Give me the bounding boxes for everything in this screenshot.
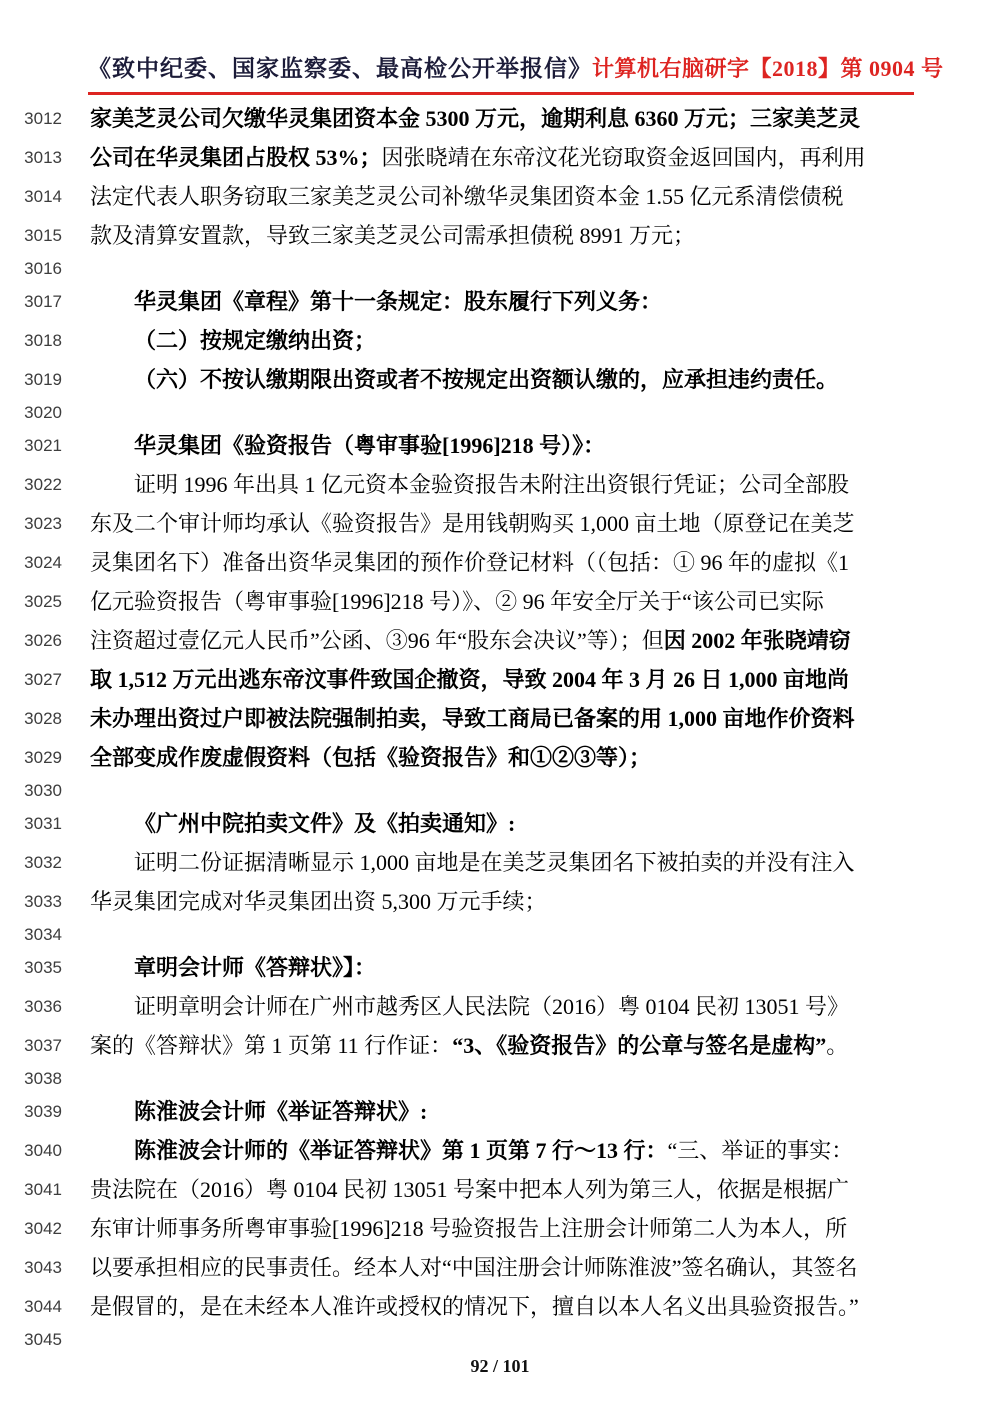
line-number: 3021	[0, 437, 62, 454]
document-line: 3015款及清算安置款，导致三家美芝灵公司需承担债税 8991 万元；	[0, 216, 1000, 255]
text-segment: 陈淮波会计师的《举证答辩状》第 1 页第 7 行～13 行：	[134, 1138, 668, 1163]
document-line: 3023东及二个审计师均承认《验资报告》是用钱朝购买 1,000 亩土地（原登记…	[0, 504, 1000, 543]
document-line: 3042东审计师事务所粤审事验[1996]218 号验资报告上注册会计师第二人为…	[0, 1209, 1000, 1248]
line-number: 3038	[0, 1070, 62, 1087]
document-line: 3030	[0, 777, 1000, 804]
text-segment: 章明会计师《答辩状》】：	[134, 955, 376, 980]
document-line: 3039陈淮波会计师《举证答辩状》:	[0, 1092, 1000, 1131]
line-text: 亿元验资报告（粤审事验[1996]218 号）》、② 96 年安全厅关于“该公司…	[90, 591, 824, 613]
line-number: 3041	[0, 1181, 62, 1198]
document-number: 计算机右脑研字【2018】第 0904 号	[592, 52, 944, 83]
text-segment: 因张晓靖在东帝汶花光窃取资金返回国内，再利用	[382, 145, 866, 170]
document-line: 3013公司在华灵集团占股权 53%；因张晓靖在东帝汶花光窃取资金返回国内，再利…	[0, 138, 1000, 177]
line-text: 华灵集团《章程》第十一条规定：股东履行下列义务：	[90, 291, 662, 313]
document-line: 3018（二）按规定缴纳出资；	[0, 321, 1000, 360]
document-line: 3024灵集团名下）准备出资华灵集团的预作价登记材料（（包括：① 96 年的虚拟…	[0, 543, 1000, 582]
line-number: 3020	[0, 404, 62, 421]
text-segment: 华灵集团完成对华灵集团出资 5,300 万元手续；	[90, 889, 547, 914]
document-line: 3021华灵集团《验资报告（粤审事验[1996]218 号）》：	[0, 426, 1000, 465]
document-line: 3032证明二份证据清晰显示 1,000 亩地是在美芝灵集团名下被拍卖的并没有注…	[0, 843, 1000, 882]
document-page: 《致中纪委、国家监察委、最高检公开举报信》 计算机右脑研字【2018】第 090…	[0, 0, 1000, 1413]
document-line: 3029全部变成作废虚假资料（包括《验资报告》和①②③等）；	[0, 738, 1000, 777]
document-line: 3040陈淮波会计师的《举证答辩状》第 1 页第 7 行～13 行：“三、举证的…	[0, 1131, 1000, 1170]
text-segment: 未办理出资过户即被法院强制拍卖，导致工商局已备案的用 1,000 亩地作价资料	[90, 706, 855, 731]
line-number: 3015	[0, 227, 62, 244]
line-text: （六）不按认缴期限出资或者不按规定出资额认缴的，应承担违约责任。	[90, 369, 838, 391]
text-segment: 款及清算安置款，导致三家美芝灵公司需承担债税 8991 万元；	[90, 223, 695, 248]
line-text: 案的《答辩状》第 1 页第 11 行作证：“3、《验资报告》的公章与签名是虚构”…	[90, 1035, 848, 1057]
document-line: 3027取 1,512 万元出逃东帝汶事件致国企撤资，导致 2004 年 3 月…	[0, 660, 1000, 699]
text-segment: 全部变成作废虚假资料（包括《验资报告》和①②③等）；	[90, 745, 651, 770]
numbered-lines-container: 3012家美芝灵公司欠缴华灵集团资本金 5300 万元，逾期利息 6360 万元…	[0, 99, 1000, 1353]
document-line: 3016	[0, 255, 1000, 282]
text-segment: 取 1,512 万元出逃东帝汶事件致国企撤资，导致 2004 年 3 月 26 …	[90, 667, 849, 692]
text-segment: 亿元验资报告（粤审事验[1996]218 号）》、② 96 年安全厅关于“该公司…	[90, 589, 824, 614]
page-header: 《致中纪委、国家监察委、最高检公开举报信》 计算机右脑研字【2018】第 090…	[88, 50, 914, 95]
line-text: 陈淮波会计师的《举证答辩状》第 1 页第 7 行～13 行：“三、举证的事实：	[90, 1140, 853, 1162]
document-line: 3019（六）不按认缴期限出资或者不按规定出资额认缴的，应承担违约责任。	[0, 360, 1000, 399]
text-segment: 证明二份证据清晰显示 1,000 亩地是在美芝灵集团名下被拍卖的并没有注入	[134, 850, 855, 875]
line-number: 3040	[0, 1142, 62, 1159]
line-text: 全部变成作废虚假资料（包括《验资报告》和①②③等）；	[90, 747, 651, 769]
line-text: 华灵集团《验资报告（粤审事验[1996]218 号）》：	[90, 435, 605, 457]
document-line: 3044是假冒的，是在未经本人准许或授权的情况下，擅自以本人名义出具验资报告。”	[0, 1287, 1000, 1326]
line-number: 3027	[0, 671, 62, 688]
line-number: 3042	[0, 1220, 62, 1237]
text-segment: （六）不按认缴期限出资或者不按规定出资额认缴的，应承担违约责任。	[134, 367, 838, 392]
line-number: 3022	[0, 476, 62, 493]
document-line: 3037案的《答辩状》第 1 页第 11 行作证：“3、《验资报告》的公章与签名…	[0, 1026, 1000, 1065]
line-number: 3043	[0, 1259, 62, 1276]
line-text: 注资超过壹亿元人民币”公函、③96 年“股东会决议”等）；但因 2002 年张晓…	[90, 630, 851, 652]
document-line: 3020	[0, 399, 1000, 426]
line-number: 3025	[0, 593, 62, 610]
line-text: 取 1,512 万元出逃东帝汶事件致国企撤资，导致 2004 年 3 月 26 …	[90, 669, 849, 691]
document-line: 3025亿元验资报告（粤审事验[1996]218 号）》、② 96 年安全厅关于…	[0, 582, 1000, 621]
line-number: 3014	[0, 188, 62, 205]
line-text: 以要承担相应的民事责任。经本人对“中国注册会计师陈淮波”签名确认，其签名	[90, 1257, 858, 1279]
document-line: 3035章明会计师《答辩状》】：	[0, 948, 1000, 987]
text-segment: 是假冒的，是在未经本人准许或授权的情况下，擅自以本人名义出具验资报告。”	[90, 1294, 859, 1319]
text-segment: “三、举证的事实：	[668, 1138, 854, 1163]
line-number: 3035	[0, 959, 62, 976]
text-segment: 家美芝灵公司欠缴华灵集团资本金 5300 万元，逾期利息 6360 万元；三家美…	[90, 106, 860, 131]
page-number-footer: 92 / 101	[0, 1356, 1000, 1377]
text-segment: 证明 1996 年出具 1 亿元资本金验资报告未附注出资银行凭证；公司全部股	[134, 472, 849, 497]
line-text: 公司在华灵集团占股权 53%；因张晓靖在东帝汶花光窃取资金返回国内，再利用	[90, 147, 866, 169]
line-number: 3044	[0, 1298, 62, 1315]
text-segment: 东及二个审计师均承认《验资报告》是用钱朝购买 1,000 亩土地（原登记在美芝	[90, 511, 855, 536]
line-text: （二）按规定缴纳出资；	[90, 330, 376, 352]
text-segment: 华灵集团《章程》第十一条规定：股东履行下列义务：	[134, 289, 662, 314]
text-segment: “3、《验资报告》的公章与签名是虚构”	[452, 1033, 826, 1058]
document-line: 3033华灵集团完成对华灵集团出资 5,300 万元手续；	[0, 882, 1000, 921]
line-text: 东审计师事务所粤审事验[1996]218 号验资报告上注册会计师第二人为本人，所	[90, 1218, 847, 1240]
line-number: 3026	[0, 632, 62, 649]
line-number: 3034	[0, 926, 62, 943]
line-number: 3036	[0, 998, 62, 1015]
line-number: 3012	[0, 110, 62, 127]
text-segment: （二）按规定缴纳出资；	[134, 328, 376, 353]
line-number: 3019	[0, 371, 62, 388]
line-text: 灵集团名下）准备出资华灵集团的预作价登记材料（（包括：① 96 年的虚拟《1	[90, 552, 849, 574]
line-text: 《广州中院拍卖文件》及《拍卖通知》:	[90, 813, 515, 835]
text-segment: 因 2002 年张晓靖窃	[664, 628, 851, 653]
document-line: 3014法定代表人职务窃取三家美芝灵公司补缴华灵集团资本金 1.55 亿元系清偿…	[0, 177, 1000, 216]
line-text: 东及二个审计师均承认《验资报告》是用钱朝购买 1,000 亩土地（原登记在美芝	[90, 513, 855, 535]
text-segment: 案的《答辩状》第 1 页第 11 行作证：	[90, 1033, 452, 1058]
line-number: 3016	[0, 260, 62, 277]
line-text: 章明会计师《答辩状》】：	[90, 957, 376, 979]
text-segment: 《广州中院拍卖文件》及《拍卖通知》:	[134, 811, 515, 836]
line-number: 3017	[0, 293, 62, 310]
line-text: 贵法院在（2016）粤 0104 民初 13051 号案中把本人列为第三人，依据…	[90, 1179, 849, 1201]
document-line: 3012家美芝灵公司欠缴华灵集团资本金 5300 万元，逾期利息 6360 万元…	[0, 99, 1000, 138]
line-number: 3031	[0, 815, 62, 832]
line-text: 法定代表人职务窃取三家美芝灵公司补缴华灵集团资本金 1.55 亿元系清偿债税	[90, 186, 844, 208]
document-line: 3043以要承担相应的民事责任。经本人对“中国注册会计师陈淮波”签名确认，其签名	[0, 1248, 1000, 1287]
text-segment: 灵集团名下）准备出资华灵集团的预作价登记材料（（包括：① 96 年的虚拟《1	[90, 550, 849, 575]
line-text: 未办理出资过户即被法院强制拍卖，导致工商局已备案的用 1,000 亩地作价资料	[90, 708, 855, 730]
line-number: 3030	[0, 782, 62, 799]
text-segment: 陈淮波会计师《举证答辩状》:	[134, 1099, 427, 1124]
document-line: 3028未办理出资过户即被法院强制拍卖，导致工商局已备案的用 1,000 亩地作…	[0, 699, 1000, 738]
line-text: 证明章明会计师在广州市越秀区人民法院（2016）粤 0104 民初 13051 …	[90, 996, 849, 1018]
text-segment: 。	[826, 1033, 848, 1058]
line-number: 3045	[0, 1331, 62, 1348]
line-text: 证明 1996 年出具 1 亿元资本金验资报告未附注出资银行凭证；公司全部股	[90, 474, 849, 496]
document-line: 3026注资超过壹亿元人民币”公函、③96 年“股东会决议”等）；但因 2002…	[0, 621, 1000, 660]
line-number: 3018	[0, 332, 62, 349]
line-text: 华灵集团完成对华灵集团出资 5,300 万元手续；	[90, 891, 547, 913]
line-number: 3024	[0, 554, 62, 571]
document-line: 3034	[0, 921, 1000, 948]
document-line: 3038	[0, 1065, 1000, 1092]
line-number: 3037	[0, 1037, 62, 1054]
document-line: 3031《广州中院拍卖文件》及《拍卖通知》:	[0, 804, 1000, 843]
text-segment: 以要承担相应的民事责任。经本人对“中国注册会计师陈淮波”签名确认，其签名	[90, 1255, 858, 1280]
document-line: 3045	[0, 1326, 1000, 1353]
line-text: 家美芝灵公司欠缴华灵集团资本金 5300 万元，逾期利息 6360 万元；三家美…	[90, 108, 860, 130]
document-line: 3036证明章明会计师在广州市越秀区人民法院（2016）粤 0104 民初 13…	[0, 987, 1000, 1026]
text-segment: 法定代表人职务窃取三家美芝灵公司补缴华灵集团资本金 1.55 亿元系清偿债税	[90, 184, 844, 209]
line-text: 是假冒的，是在未经本人准许或授权的情况下，擅自以本人名义出具验资报告。”	[90, 1296, 859, 1318]
text-segment: 证明章明会计师在广州市越秀区人民法院（2016）粤 0104 民初 13051 …	[134, 994, 849, 1019]
text-segment: 东审计师事务所粤审事验[1996]218 号验资报告上注册会计师第二人为本人，所	[90, 1216, 847, 1241]
document-line: 3041贵法院在（2016）粤 0104 民初 13051 号案中把本人列为第三…	[0, 1170, 1000, 1209]
document-line: 3022证明 1996 年出具 1 亿元资本金验资报告未附注出资银行凭证；公司全…	[0, 465, 1000, 504]
line-number: 3029	[0, 749, 62, 766]
text-segment: 注资超过壹亿元人民币”公函、③96 年“股东会决议”等）；但	[90, 628, 664, 653]
text-segment: 贵法院在（2016）粤 0104 民初 13051 号案中把本人列为第三人，依据…	[90, 1177, 849, 1202]
line-text: 陈淮波会计师《举证答辩状》:	[90, 1101, 427, 1123]
text-segment: 公司在华灵集团占股权 53%；	[90, 145, 382, 170]
document-line: 3017华灵集团《章程》第十一条规定：股东履行下列义务：	[0, 282, 1000, 321]
line-number: 3039	[0, 1103, 62, 1120]
text-segment: 华灵集团《验资报告（粤审事验[1996]218 号）》：	[134, 433, 605, 458]
line-number: 3023	[0, 515, 62, 532]
line-number: 3032	[0, 854, 62, 871]
line-number: 3028	[0, 710, 62, 727]
line-text: 款及清算安置款，导致三家美芝灵公司需承担债税 8991 万元；	[90, 225, 695, 247]
line-number: 3013	[0, 149, 62, 166]
line-number: 3033	[0, 893, 62, 910]
line-text: 证明二份证据清晰显示 1,000 亩地是在美芝灵集团名下被拍卖的并没有注入	[90, 852, 855, 874]
document-title: 《致中纪委、国家监察委、最高检公开举报信》	[88, 50, 592, 83]
